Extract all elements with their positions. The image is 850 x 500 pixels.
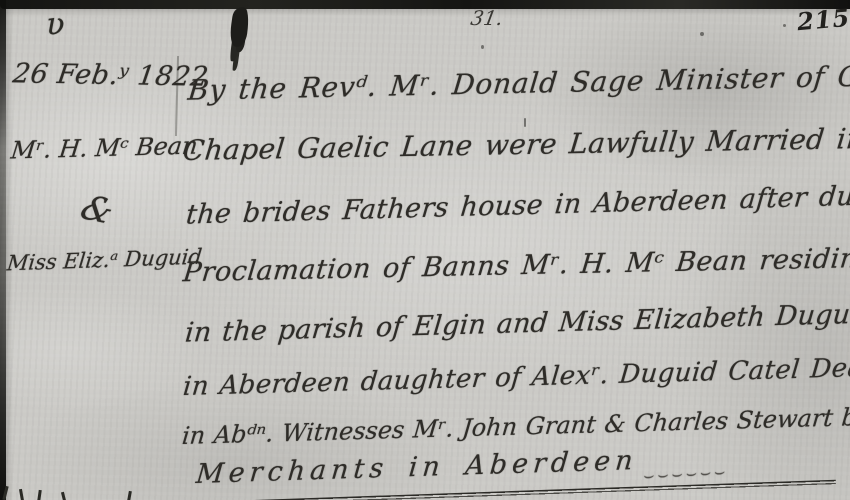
margin-date: 26 Feb.ʸ 1822: [11, 58, 211, 92]
page-number-center: 31.: [469, 6, 505, 30]
entry-line-final: Merchants in Aberdeen: [195, 445, 639, 490]
margin-tick-mark: ʋ: [46, 5, 65, 44]
ink-blot: [228, 6, 250, 48]
entry-line: in Aberdeen daughter of Alexʳ. Duguid Ca…: [182, 352, 850, 402]
margin-bride-name: Miss Eliz.ᵃ Duguid: [6, 245, 203, 276]
ink-speck: [481, 45, 484, 49]
register-page-scan: ʋ 31. 215 26 Feb.ʸ 1822 Mʳ. H. Mᶜ Bean &…: [0, 0, 850, 500]
next-entry-fragment: [61, 492, 66, 500]
line-filler-flourish: ⌣⌣⌣⌣⌣⌣: [642, 462, 728, 486]
margin-groom-name: Mʳ. H. Mᶜ Bean: [9, 132, 199, 165]
next-entry-fragment: [127, 491, 132, 500]
entry-line: Chapel Gaelic Lane were Lawfully Married…: [181, 122, 850, 167]
entry-line: the brides Fathers house in Aberdeen aft…: [185, 180, 850, 230]
entry-line: in the parish of Elgin and Miss Elizabet…: [184, 298, 850, 348]
entry-line: Proclamation of Banns Mʳ. H. Mᶜ Bean res…: [181, 243, 850, 289]
next-entry-fragment: [37, 490, 42, 500]
entry-line: in Abᵈⁿ. Witnesses Mʳ. John Grant & Char…: [181, 402, 850, 450]
ink-speck: [700, 32, 704, 36]
ink-speck: [783, 24, 786, 27]
ink-speck: [524, 118, 526, 127]
folio-number-right: 215: [796, 3, 850, 37]
entry-line: By the Revᵈ. Mʳ. Donald Sage Minister of…: [186, 58, 850, 107]
next-entry-fragment: [19, 489, 24, 500]
scan-edge-top: [0, 0, 850, 9]
scan-edge-left: [0, 0, 6, 500]
margin-ampersand: &: [75, 188, 120, 232]
